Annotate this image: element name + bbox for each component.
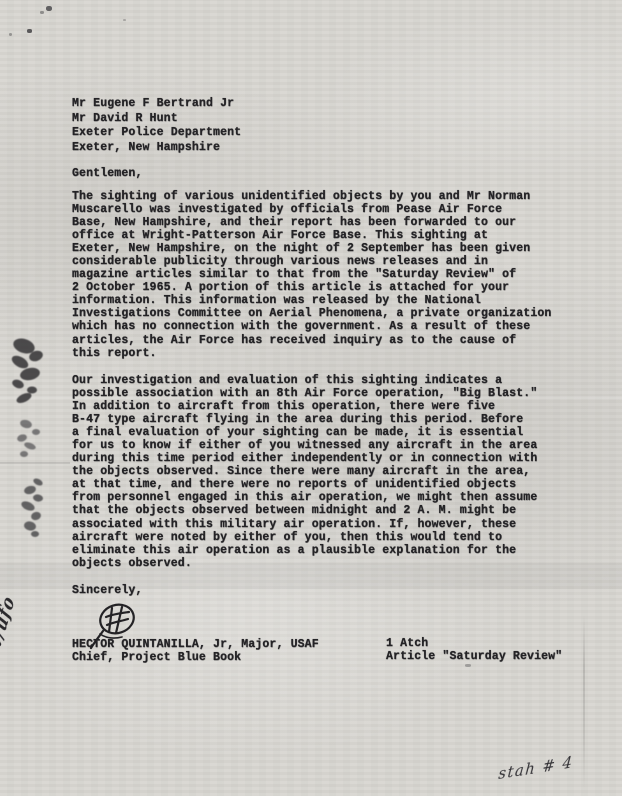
paper-fold-line (583, 615, 585, 790)
attachment-name: Article "Saturday Review" (386, 650, 562, 663)
salutation: Gentlemen, (72, 167, 143, 180)
illegible-margin-stamp (2, 332, 54, 542)
closing-line: Sincerely, (72, 584, 143, 597)
scan-speck (465, 664, 471, 667)
scanned-letter-page: Mr Eugene F Bertrand Jr Mr David R Hunt … (0, 0, 622, 796)
letter-paragraph-1: The sighting of various unidentified obj… (72, 190, 564, 360)
handwritten-margin-note: TDEw/ufo (0, 592, 19, 698)
letter-paragraph-2: Our investigation and evaluation of this… (72, 374, 564, 570)
scan-speck (27, 29, 32, 33)
signer-name: HECTOR QUINTANILLA, Jr, Major, USAF (72, 638, 319, 651)
scan-speck (46, 6, 52, 11)
scan-speck (40, 11, 44, 14)
attachment-count: 1 Atch (386, 637, 428, 650)
scan-speck (123, 19, 126, 21)
handwritten-corner-note: stah # 4 (498, 753, 575, 783)
recipient-address-block: Mr Eugene F Bertrand Jr Mr David R Hunt … (72, 97, 241, 155)
signer-title: Chief, Project Blue Book (72, 651, 241, 664)
scan-speck (9, 33, 12, 36)
